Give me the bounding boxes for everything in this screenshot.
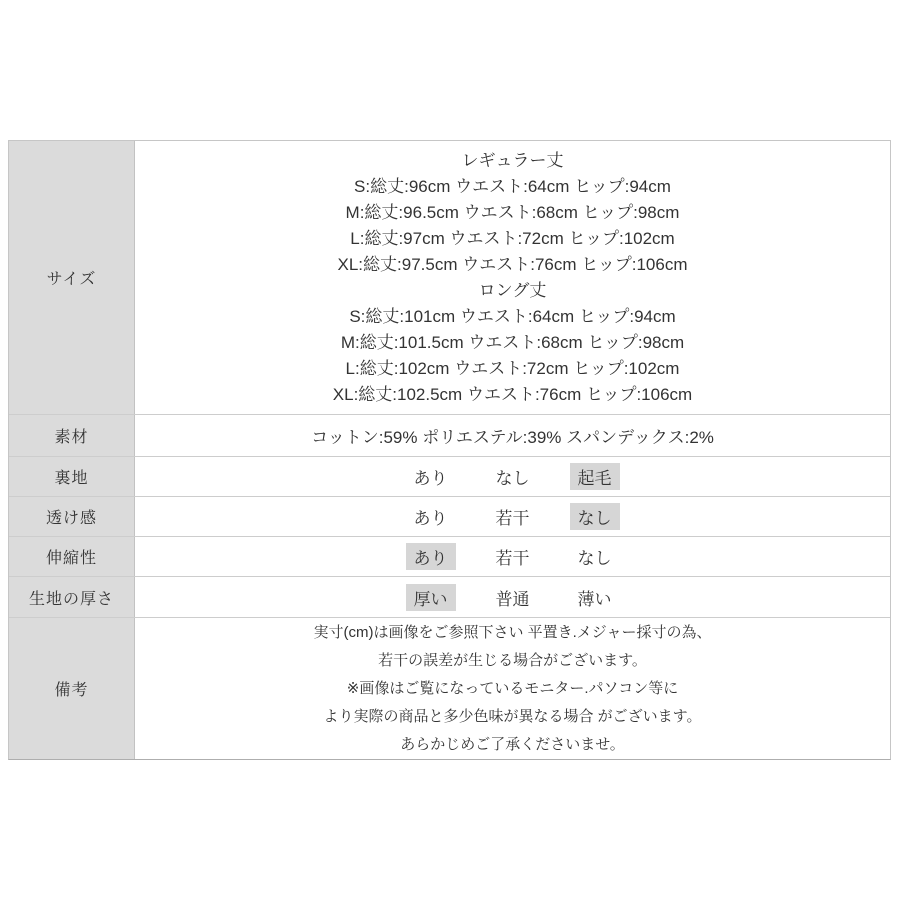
table-row-stretch: 伸縮性 あり 若干 なし (9, 536, 890, 576)
material-content: コットン:59% ポリエステル:39% スパンデックス:2% (135, 415, 890, 456)
notes-content: 実寸(cm)は画像をご参照下さい 平置き.メジャー採寸の為、 若干の誤差が生じる… (135, 618, 890, 759)
thickness-content: 厚い 普通 薄い (135, 577, 890, 617)
lining-options: あり なし 起毛 (390, 463, 636, 490)
product-spec-table: サイズ レギュラー丈 S:総丈:96cm ウエスト:64cm ヒップ:94cm … (8, 140, 891, 760)
row-label-thickness: 生地の厚さ (9, 577, 135, 617)
table-row-thickness: 生地の厚さ 厚い 普通 薄い (9, 576, 890, 617)
row-label-material: 素材 (9, 415, 135, 456)
row-label-notes: 備考 (9, 618, 135, 759)
size-content: レギュラー丈 S:総丈:96cm ウエスト:64cm ヒップ:94cm M:総丈… (135, 141, 890, 414)
table-row-size: サイズ レギュラー丈 S:総丈:96cm ウエスト:64cm ヒップ:94cm … (9, 141, 890, 414)
table-row-lining: 裏地 あり なし 起毛 (9, 456, 890, 496)
stretch-options: あり 若干 なし (390, 543, 636, 570)
table-row-material: 素材 コットン:59% ポリエステル:39% スパンデックス:2% (9, 414, 890, 456)
size-line: XL:総丈:97.5cm ウエスト:76cm ヒップ:106cm (338, 252, 688, 278)
size-section-title: レギュラー丈 (462, 148, 564, 174)
row-label-lining: 裏地 (9, 457, 135, 496)
option-value: 若干 (488, 543, 538, 570)
option-value: なし (570, 543, 620, 570)
row-label-size: サイズ (9, 141, 135, 414)
size-line: S:総丈:96cm ウエスト:64cm ヒップ:94cm (354, 174, 671, 200)
option-value: 薄い (570, 584, 620, 611)
table-row-notes: 備考 実寸(cm)は画像をご参照下さい 平置き.メジャー採寸の為、 若干の誤差が… (9, 617, 890, 759)
thickness-options: 厚い 普通 薄い (390, 584, 636, 611)
material-value: コットン:59% ポリエステル:39% スパンデックス:2% (311, 423, 714, 448)
option-value: なし (488, 463, 538, 490)
sheerness-options: あり 若干 なし (390, 503, 636, 530)
note-line: 若干の誤差が生じる場合がございます。 (378, 647, 647, 675)
size-line: M:総丈:101.5cm ウエスト:68cm ヒップ:98cm (341, 330, 684, 356)
option-value-selected: 厚い (406, 584, 456, 611)
option-value: あり (406, 463, 456, 490)
note-line: ※画像はご覧になっているモニター.パソコン等に (347, 675, 678, 703)
note-line: より実際の商品と多少色味が異なる場合 がございます。 (324, 703, 702, 731)
option-value-selected: あり (406, 543, 456, 570)
size-line: S:総丈:101cm ウエスト:64cm ヒップ:94cm (349, 304, 675, 330)
row-label-sheerness: 透け感 (9, 497, 135, 536)
sheerness-content: あり 若干 なし (135, 497, 890, 536)
lining-content: あり なし 起毛 (135, 457, 890, 496)
option-value-selected: なし (570, 503, 620, 530)
size-line: L:総丈:102cm ウエスト:72cm ヒップ:102cm (346, 356, 680, 382)
size-line: XL:総丈:102.5cm ウエスト:76cm ヒップ:106cm (333, 382, 692, 408)
size-line: M:総丈:96.5cm ウエスト:68cm ヒップ:98cm (346, 200, 680, 226)
row-label-stretch: 伸縮性 (9, 537, 135, 576)
stretch-content: あり 若干 なし (135, 537, 890, 576)
option-value: 普通 (488, 584, 538, 611)
size-line: L:総丈:97cm ウエスト:72cm ヒップ:102cm (350, 226, 674, 252)
table-row-sheerness: 透け感 あり 若干 なし (9, 496, 890, 536)
option-value: 若干 (488, 503, 538, 530)
option-value-selected: 起毛 (570, 463, 620, 490)
note-line: あらかじめご了承くださいませ。 (400, 731, 625, 759)
option-value: あり (406, 503, 456, 530)
note-line: 実寸(cm)は画像をご参照下さい 平置き.メジャー採寸の為、 (313, 619, 711, 647)
size-section-title: ロング丈 (479, 278, 547, 304)
